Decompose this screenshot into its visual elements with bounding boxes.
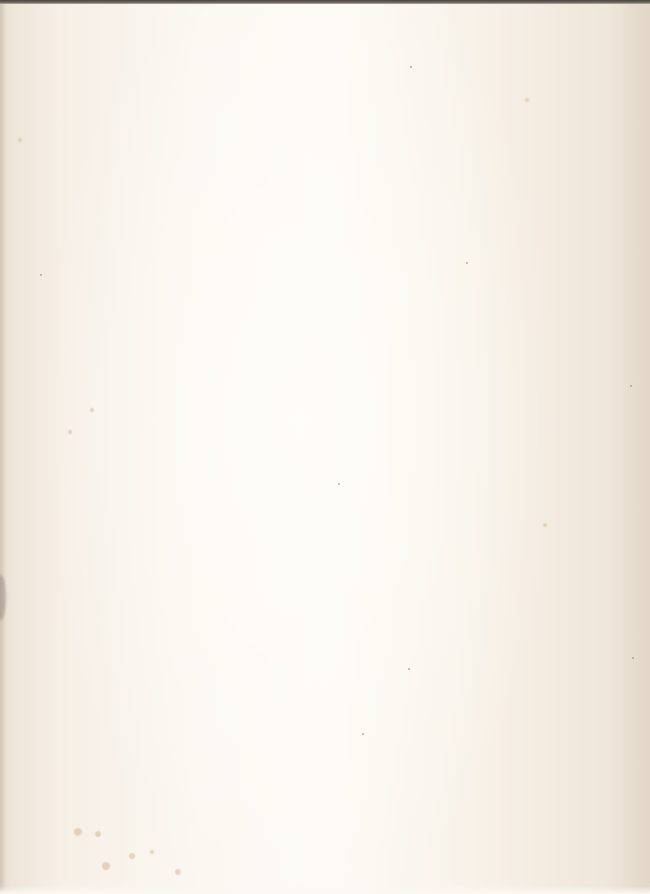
foxing-spot bbox=[525, 98, 529, 102]
dust-speck bbox=[630, 385, 632, 387]
dust-speck bbox=[410, 66, 412, 68]
dust-speck bbox=[408, 668, 410, 670]
foxing-spot bbox=[90, 408, 94, 412]
dust-speck bbox=[40, 274, 42, 276]
foxing-spot bbox=[150, 850, 154, 854]
top-scan-border bbox=[0, 0, 650, 4]
dust-speck bbox=[338, 483, 340, 485]
dust-speck bbox=[362, 733, 364, 735]
foxing-spot bbox=[543, 523, 547, 527]
foxing-spot bbox=[18, 138, 22, 142]
foxing-spot bbox=[74, 828, 82, 836]
right-edge-shade bbox=[610, 4, 650, 894]
left-edge-shadow bbox=[0, 4, 6, 894]
foxing-spot bbox=[95, 831, 101, 837]
bottom-edge bbox=[0, 886, 650, 894]
foxing-spot bbox=[102, 862, 110, 870]
dust-speck bbox=[632, 657, 634, 659]
scanned-page bbox=[0, 0, 650, 894]
foxing-spot bbox=[129, 853, 135, 859]
dust-speck bbox=[466, 262, 468, 264]
foxing-spot bbox=[175, 869, 181, 875]
foxing-spot bbox=[68, 430, 72, 434]
